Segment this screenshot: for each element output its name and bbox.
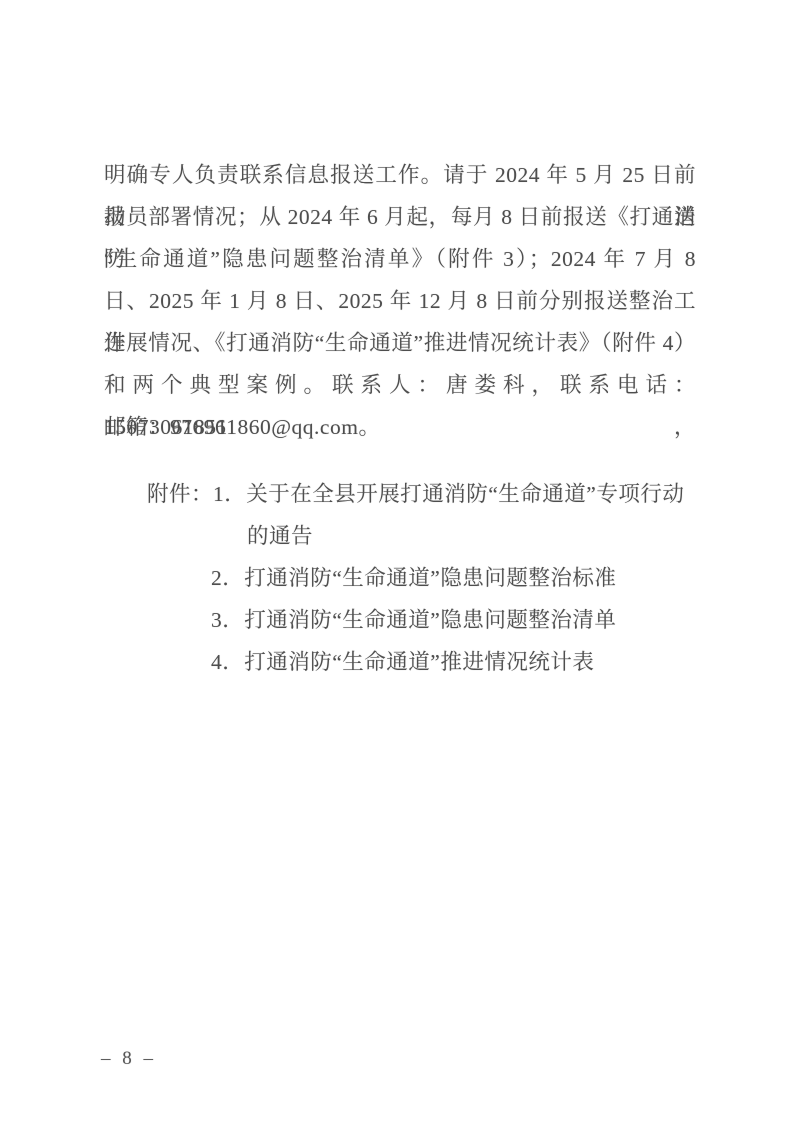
body-line: 和两个典型案例。联系人：唐娄科，联系电话：15073061851， [104,364,696,406]
body-line: 动员部署情况；从 2024 年 6 月起，每月 8 日前报送《打通消防 [104,196,696,238]
attachment-line-2: 2．打通消防“生命通道”隐患问题整治标准 [211,557,793,599]
attachment-line-1-continuation: 的通告 [247,515,793,557]
body-line: 日、2025 年 1 月 8 日、2025 年 12 月 8 日前分别报送整治工… [104,280,696,322]
body-line: 进展情况、《打通消防“生命通道”推进情况统计表》（附件 4） [104,322,696,364]
body-paragraph: 明确专人负责联系信息报送工作。请于 2024 年 5 月 25 日前报送 动员部… [104,154,696,448]
page-number: – 8 – [101,1044,154,1074]
attachment-line-3: 3．打通消防“生命通道”隐患问题整治清单 [211,599,793,641]
document-page: 明确专人负责联系信息报送工作。请于 2024 年 5 月 25 日前报送 动员部… [0,0,793,1122]
attachment-line-4: 4．打通消防“生命通道”推进情况统计表 [211,641,793,683]
attachments-block: 附件：1．关于在全县开展打通消防“生命通道”专项行动 的通告 2．打通消防“生命… [0,473,793,683]
attachment-line-1: 附件：1．关于在全县开展打通消防“生命通道”专项行动 [147,473,793,515]
body-line: 明确专人负责联系信息报送工作。请于 2024 年 5 月 25 日前报送 [104,154,696,196]
body-line: “生命通道”隐患问题整治清单》（附件 3）；2024 年 7 月 8 [104,238,696,280]
